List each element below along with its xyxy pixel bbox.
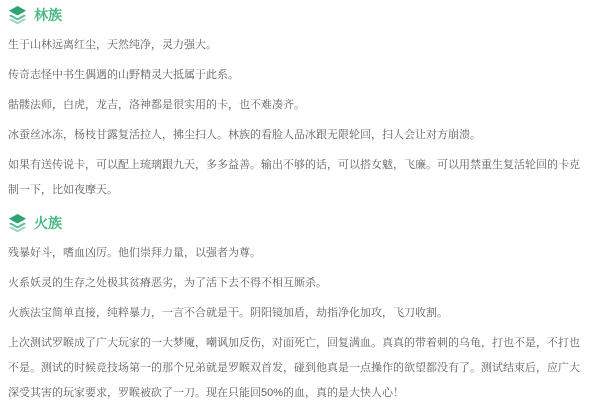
section-fire-clan: 火族 残暴好斗，嗜血凶厉。他们崇拜力量，以强者为尊。 火系妖灵的生存之处极其贫瘠… (8, 212, 590, 401)
section-heading: 林族 (8, 4, 590, 26)
paragraph: 骷髅法师，白虎，龙吉，洛神都是很实用的卡，也不难凑齐。 (8, 93, 590, 118)
paragraph: 冰蚕丝冰冻，杨枝甘露复活拉人，拂尘扫人。林族的看脸人品冰跟无限轮回，扫人会让对方… (8, 123, 590, 148)
paragraph: 上次测试罗睺成了广大玩家的一大梦魇，嘲讽加反伤，对面死亡，回复满血。真真的带着刺… (8, 331, 590, 401)
article-page: 林族 生于山林远离红尘，天然纯净，灵力强大。 传奇志怪中书生偶遇的山野精灵大抵属… (0, 0, 598, 401)
layers-icon (8, 5, 27, 26)
paragraph: 传奇志怪中书生偶遇的山野精灵大抵属于此系。 (8, 63, 590, 88)
paragraph: 火系妖灵的生存之处极其贫瘠恶劣，为了活下去不得不相互厮杀。 (8, 271, 590, 296)
section-forest-clan: 林族 生于山林远离红尘，天然纯净，灵力强大。 传奇志怪中书生偶遇的山野精灵大抵属… (8, 4, 590, 203)
paragraph: 火族法宝简单直接，纯粹暴力，一言不合就是干。阴阳镜加盾，劫指净化加攻，飞刀收割。 (8, 301, 590, 326)
section-title: 林族 (34, 5, 62, 25)
section-title: 火族 (34, 213, 62, 233)
paragraph: 如果有送传说卡，可以配上琉璃跟九天，多多益善。输出不够的话，可以搭女魃，飞廉。可… (8, 153, 590, 203)
paragraph: 残暴好斗，嗜血凶厉。他们崇拜力量，以强者为尊。 (8, 241, 590, 266)
paragraph: 生于山林远离红尘，天然纯净，灵力强大。 (8, 33, 590, 58)
layers-icon (8, 213, 27, 234)
section-heading: 火族 (8, 212, 590, 234)
